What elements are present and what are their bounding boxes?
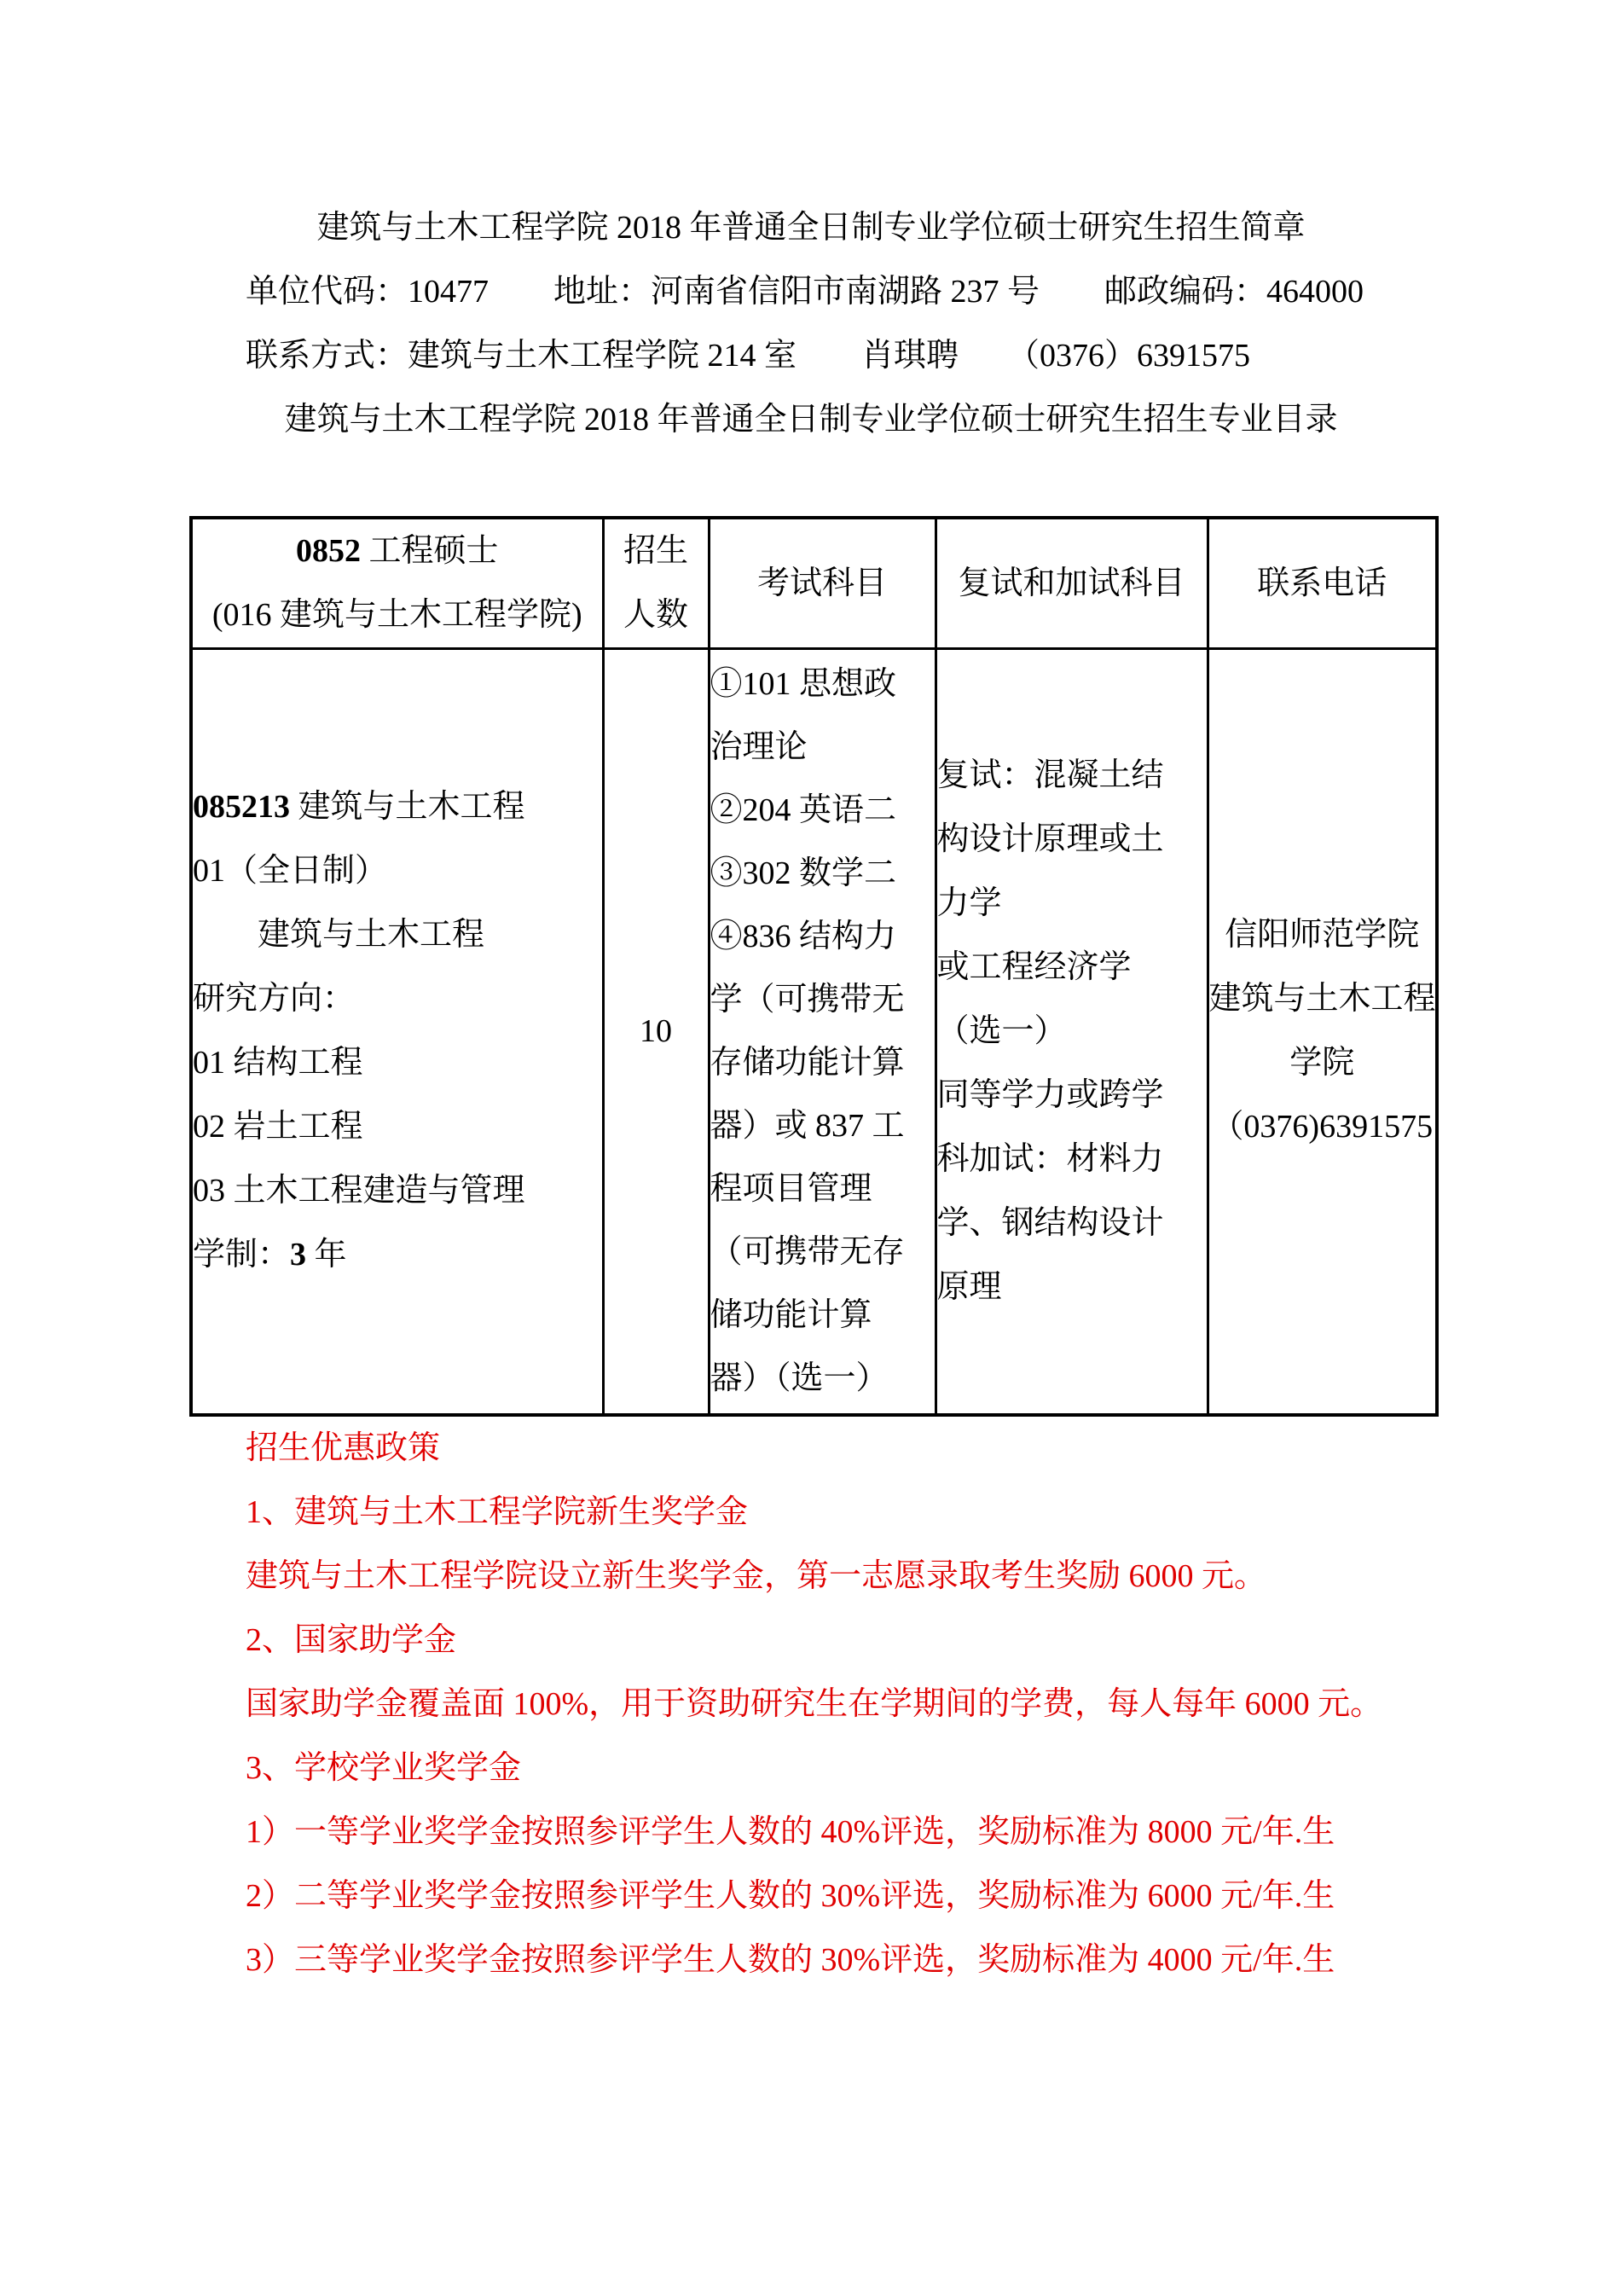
header-cell-retest-subjects: 复试和加试科目 (936, 518, 1208, 649)
program-line: 01 结构工程 (193, 1031, 602, 1095)
policy-item-3-sub-3: 3）三等学业奖学金按照参评学生人数的 30%评选，奖励标准为 4000 元/年.… (246, 1928, 1622, 1992)
header-cell-enrollment: 招生 人数 (603, 518, 709, 649)
cell-retest-subjects: 复试：混凝土结 构设计原理或土 力学 或工程经济学 （选一） 同等学力或跨学 科… (936, 649, 1208, 1415)
header-cell-phone: 联系电话 (1208, 518, 1437, 649)
program-line: 01（全日制） (193, 839, 602, 903)
table-header-row: 0852 工程硕士 (016 建筑与土木工程学院) 招生 人数 考试科目 复试和… (191, 518, 1437, 649)
program-line: 建筑与土木工程 (193, 903, 602, 967)
cell-program-info: 085213 建筑与土木工程 01（全日制） 建筑与土木工程 研究方向： 01 … (191, 649, 603, 1415)
policy-item-3-sub-1: 1）一等学业奖学金按照参评学生人数的 40%评选，奖励标准为 8000 元/年.… (246, 1800, 1622, 1864)
policies-section: 招生优惠政策 1、建筑与土木工程学院新生奖学金 建筑与土木工程学院设立新生奖学金… (246, 1417, 1622, 1992)
program-code: 0852 (296, 533, 361, 569)
policy-item-2-title: 2、国家助学金 (246, 1609, 1622, 1673)
header-program-line-2: (016 建筑与土木工程学院) (193, 583, 602, 647)
policy-section-heading: 招生优惠政策 (246, 1417, 1622, 1481)
policy-item-3-title: 3、学校学业奖学金 (246, 1736, 1622, 1800)
document-page: 建筑与土木工程学院 2018 年普通全日制专业学位硕士研究生招生简章 单位代码：… (0, 0, 1622, 2296)
section-subtitle: 建筑与土木工程学院 2018 年普通全日制专业学位硕士研究生招生专业目录 (0, 388, 1622, 452)
program-line: 03 土木工程建造与管理 (193, 1159, 602, 1223)
policy-item-2-detail: 国家助学金覆盖面 100%，用于资助研究生在学期间的学费，每人每年 6000 元… (246, 1673, 1622, 1736)
info-line-unit-code: 单位代码：10477 地址：河南省信阳市南湖路 237 号 邮政编码：46400… (246, 260, 1622, 324)
program-line: 085213 建筑与土木工程 (193, 775, 602, 839)
program-line: 研究方向： (193, 967, 602, 1031)
admissions-catalog-table: 0852 工程硕士 (016 建筑与土木工程学院) 招生 人数 考试科目 复试和… (189, 516, 1439, 1417)
policy-item-3-sub-2: 2）二等学业奖学金按照参评学生人数的 30%评选，奖励标准为 6000 元/年.… (246, 1864, 1622, 1928)
table-body-row: 085213 建筑与土木工程 01（全日制） 建筑与土木工程 研究方向： 01 … (191, 649, 1437, 1415)
cell-enrollment-count: 10 (603, 649, 709, 1415)
policy-item-1-title: 1、建筑与土木工程学院新生奖学金 (246, 1481, 1622, 1545)
header-cell-exam-subjects: 考试科目 (709, 518, 936, 649)
cell-exam-subjects: ①101 思想政 治理论 ②204 英语二 ③302 数学二 ④836 结构力 … (709, 649, 936, 1415)
header-program-line-1: 0852 工程硕士 (193, 519, 602, 583)
program-line: 学制：3 年 (193, 1223, 602, 1287)
policy-item-1-detail: 建筑与土木工程学院设立新生奖学金，第一志愿录取考生奖励 6000 元。 (246, 1545, 1622, 1609)
cell-contact-phone: 信阳师范学院 建筑与土木工程 学院 （0376)6391575 (1208, 649, 1437, 1415)
program-line: 02 岩土工程 (193, 1095, 602, 1159)
header-cell-program: 0852 工程硕士 (016 建筑与土木工程学院) (191, 518, 603, 649)
info-line-contact: 联系方式：建筑与土木工程学院 214 室 肖琪聘 （0376）6391575 (246, 324, 1622, 388)
page-title: 建筑与土木工程学院 2018 年普通全日制专业学位硕士研究生招生简章 (0, 0, 1622, 260)
